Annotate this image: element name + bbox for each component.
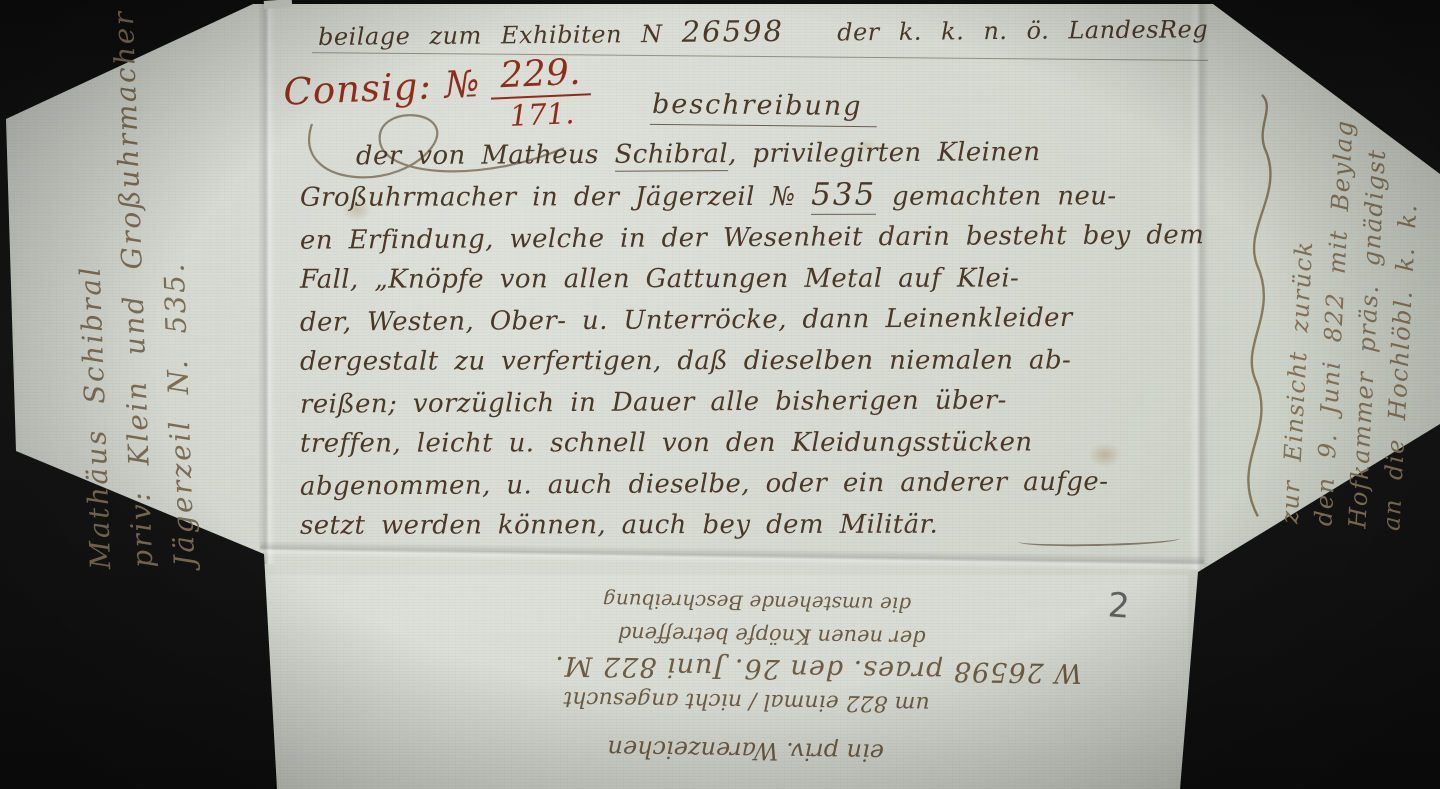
body-line: dergestalt zu verfertigen, daß dieselben… <box>300 340 1184 383</box>
inventor-name: Schibral <box>614 139 728 172</box>
body-line: treffen, leicht u. schnell von den Kleid… <box>300 422 1184 465</box>
left-flap-note: Mathäus Schibral priv: Klein und Großuhr… <box>64 96 206 570</box>
document-title: beschreibung <box>650 89 877 127</box>
right-flap-note: zur Einsicht zurück den 9. Juni 822 mit … <box>1229 41 1434 532</box>
consignment-number: 229. <box>489 51 591 99</box>
body-line: reißen; vorzüglich in Dauer alle bisheri… <box>300 379 1184 425</box>
body-line-text: gemachten neu- <box>876 181 1116 211</box>
body-line: en Erfindung, welche in der Wesenheit da… <box>300 215 1184 261</box>
body-line: Fall, „Knöpfe von allen Gattungen Metal … <box>300 258 1184 301</box>
body-line: der, Westen, Ober- u. Unterröcke, dann L… <box>300 297 1184 343</box>
docket-line: ein priv. Warenzeichen <box>597 732 884 769</box>
body-line: Großuhrmacher in der Jägerzeil № 535 gem… <box>300 174 1184 219</box>
top-annotation-authority: der k. k. n. ö. LandesReg <box>837 15 1208 46</box>
exhibit-number: 26598 <box>682 14 785 49</box>
body-line-text: setzt werden können, auch bey dem <box>300 510 840 541</box>
house-number: 535 <box>811 177 876 215</box>
body-line-text: Großuhrmacher in der Jägerzeil № <box>300 182 811 213</box>
body-line: der von Matheus Schibral, privilegirten … <box>300 131 1184 177</box>
militaer-word: Militär. <box>840 510 939 540</box>
body-line: abgenommen, u. auch dieselbe, oder ein a… <box>300 461 1184 507</box>
docket-line: um 822 einmal / nicht angesucht <box>597 683 929 721</box>
page-number-pencil: 2 <box>1107 585 1131 626</box>
fold-crease-vertical-left <box>258 4 276 564</box>
body-text: der von Matheus Schibral, privilegirten … <box>300 134 1184 546</box>
body-line-text: der von Matheus <box>356 140 615 172</box>
top-annotation-text: beilage zum Exhibiten N <box>318 20 663 51</box>
photograph-black-background: beilage zum Exhibiten N 26598 der k. k. … <box>0 0 1440 789</box>
body-line-text: , privilegirten Kleinen <box>728 137 1041 169</box>
docket-line: der neuen Knöpfe betreffend <box>598 617 925 655</box>
docket-line: W 26598 praes. den 26. Juni 822 M. <box>598 650 1082 690</box>
docket-line: die umstehende Beschreibung <box>599 584 911 621</box>
fox-stain <box>1236 616 1310 670</box>
verso-docket: ein priv. Warenzeichen um 822 einmal / n… <box>597 583 1091 772</box>
fold-crease-vertical-right <box>1189 4 1209 570</box>
